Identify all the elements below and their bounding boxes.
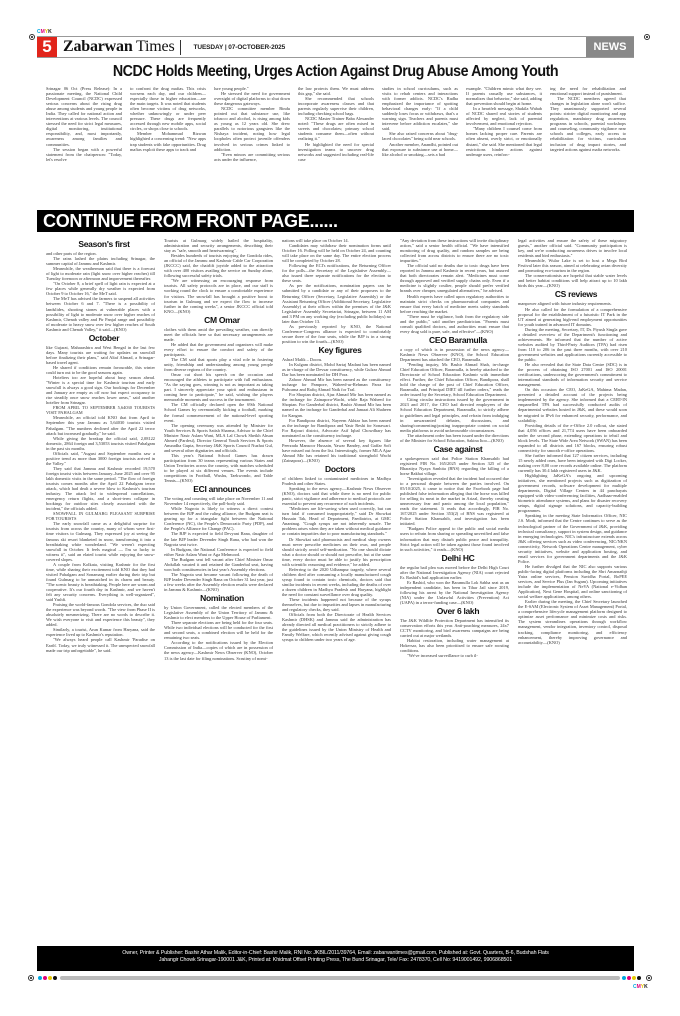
cyan-swatch [38, 976, 42, 980]
yellow-swatch [632, 976, 636, 980]
paragraph: They said that Jammu and Kashmir recorde… [46, 466, 155, 511]
story-subheading: CS reviews [518, 289, 627, 300]
paragraph: Speaking to the news agency—Kashmir News… [282, 486, 391, 506]
lead-column-3: lure young people."He stressed the need … [214, 86, 290, 206]
paragraph: The Nagrota seat became vacant following… [164, 572, 273, 592]
yellow-swatch [48, 976, 52, 980]
registration-mark-bottom-left [28, 975, 34, 981]
lead-column-6: example. "Children mimic what they see. … [466, 86, 542, 206]
paragraph: A couple from Kolkata, visiting Kashmir … [46, 562, 155, 602]
cyan-swatch [622, 976, 626, 980]
paragraph: "Many children I counsel come from homes… [466, 126, 542, 156]
paragraph: She also raised concerns about "drug-lac… [382, 131, 458, 141]
lead-column-1: Srinagar 06 Oct (Press Release): In a pa… [46, 86, 122, 206]
paragraph: Following the ECI's notifications, the R… [282, 263, 391, 283]
lead-column-2: to confront the drug mafias. This crisis… [130, 86, 206, 206]
paragraph: The attachment order has been issued und… [400, 433, 509, 443]
story-subheading: Doctors [282, 464, 391, 475]
page-number: 5 [37, 37, 57, 57]
paragraph: Speaking in the meeting State Informatic… [518, 513, 627, 563]
paragraph: As previously reported by KNO, the Natio… [282, 324, 391, 344]
magenta-swatch [43, 976, 47, 980]
paragraph: Besides hundreds of tourists enjoying th… [164, 253, 273, 278]
paragraph: SNOWFALL IN GULMARG PLEASANT SURPRISE FO… [46, 511, 155, 521]
paragraph: The MeT has advised the farmers to suspe… [46, 296, 155, 331]
paragraph: The conservationists are hopeful that st… [518, 273, 627, 288]
cmyk-label-top: CMYK [37, 29, 52, 35]
paragraph: Providing details of the e-Office 2.0 ro… [518, 423, 627, 453]
paragraph: Meanwhile, the weatherman said that ther… [46, 266, 155, 281]
paragraph: Three separate elections are being held … [164, 620, 273, 640]
paragraph: Citing circular instructions issued by t… [400, 397, 509, 432]
paragraph: For Shopian district, Ajaz Ahmad Mir has… [282, 392, 391, 417]
paragraph: Referring to the 2020 Udhampur tragedy, … [282, 567, 391, 597]
continued-stories: Season's firstand other parts of the reg… [46, 238, 634, 940]
paragraph: Health experts have called upon regulato… [400, 294, 509, 314]
paragraph: For Bandipora district, Nayeem Akhtar ha… [282, 418, 391, 438]
paragraph: The BJP is expected to field Devyani Ran… [164, 531, 273, 546]
paragraph: He highlighted the need for special inve… [298, 142, 374, 162]
magenta-swatch [627, 976, 631, 980]
paragraph: The voting and counting will take place … [164, 496, 273, 506]
paragraph: The Budgam seat fell vacant after Chief … [164, 557, 273, 572]
masthead-divider [180, 40, 181, 55]
paragraph: As per the notifications, nomination pap… [282, 283, 391, 323]
paragraph: NCDC Master Trainer Baba Alexander noted… [298, 116, 374, 141]
lead-column-7: ing the need for rehabilitation and emot… [550, 86, 626, 206]
paragraph: the law protects them. We must address t… [298, 86, 374, 96]
paragraph: "Budgam Police appeal to the public and … [400, 526, 509, 551]
paragraph: "Any deviation from these instructions w… [400, 238, 509, 263]
paragraph: In a heartfelt message, Shakila Wahab of… [466, 106, 542, 126]
registration-mark-bottom-right [646, 975, 652, 981]
paragraph: In Kulgam district, Mohd Sartaj Madani h… [282, 362, 391, 377]
paragraph: NCDC committee member Bindu pointed out … [214, 106, 290, 151]
paragraph: "We are witnessing an encouraging respon… [164, 278, 273, 313]
paragraph: The J&K Wildlife Protection Department h… [400, 618, 509, 638]
paragraph: The opening ceremony was attended by Min… [164, 423, 273, 453]
paragraph: He shared if conditions remain favourabl… [46, 365, 155, 375]
paragraph: He further divulged that the NIC also su… [518, 564, 627, 599]
registration-mark-top-right [644, 34, 650, 40]
section-tag: NEWS [586, 37, 634, 57]
paragraph: In Budgam, the National Conference is ex… [164, 547, 273, 557]
paragraph: Tourists at Gulmarg widely hailed the ho… [164, 238, 273, 253]
paragraph: Highlighting JaKeGA's ongoing and upcomi… [518, 473, 627, 513]
paragraph: Officials said, "August and September mo… [46, 451, 155, 466]
paragraph: a copy of which is in possession of the … [400, 347, 509, 362]
paragraph: Meanwhile, Wular Lake is set to host a M… [518, 258, 627, 273]
black-swatch [637, 976, 641, 980]
paragraph: studies in school curriculums, such as v… [382, 86, 458, 131]
paragraph: "Medicines are life-saving when used cor… [282, 506, 391, 536]
paragraph: Srinagar 06 Oct (Press Release): In a pa… [46, 86, 122, 147]
paragraph: Meanwhile, an official told KNO that fro… [46, 415, 155, 435]
paragraph: clothes with them amid the prevailing we… [164, 327, 273, 342]
continued-column-4: "Any deviation from these instructions w… [400, 238, 509, 940]
paragraph: Er Rashid, who won the Baramulla Lok Sab… [400, 580, 509, 605]
paragraph: a spokesperson said that Police Station … [400, 456, 509, 476]
paragraph: Member Mohammad Rizwan highlighted a con… [130, 131, 206, 151]
paragraph: These incidents happened not because of … [282, 597, 391, 612]
paragraph: to confront the drug mafias. This crisis… [130, 86, 206, 131]
paragraph: This year's National School Games has dr… [164, 453, 273, 483]
paragraph: "On October 8, a brief spell of light ra… [46, 281, 155, 296]
paragraph: "There must be vigilance, both from the … [400, 314, 509, 334]
paragraph: "Even minors are committing serious acts… [214, 152, 290, 162]
paragraph: "Pending inquiry, Mr. Bashir Ahmad Shah,… [400, 362, 509, 397]
paragraph: legal activities and ensure the safety o… [518, 238, 627, 258]
paragraph: During the meeting, Secretary, IT, Dr. P… [518, 327, 627, 362]
paragraph: like Gujarat, Maharashtra and West Benga… [46, 345, 155, 365]
color-calibration-strip [28, 975, 652, 981]
paragraph: of children linked to contaminated medic… [282, 476, 391, 486]
issue-date: TUESDAY | 07-OCTOBER-2025 [193, 44, 285, 51]
imprint-footer: Owner, Printer & Publisher: Bashir Athar… [37, 946, 634, 971]
paragraph: Praising the world-famous Gondola servic… [46, 602, 155, 627]
story-subheading: October [46, 333, 155, 344]
paragraph: The CM said that sports play a vital rol… [164, 357, 273, 372]
paragraph: "Investigation revealed that the inciden… [400, 476, 509, 526]
paragraph: Candidates may withdraw their nomination… [282, 243, 391, 263]
lead-headline: NCDC Holds Meeting, Urges Action Against… [61, 63, 610, 81]
story-subheading: Delhi HC [400, 553, 509, 564]
paragraph: The session began with a powerful statem… [46, 147, 122, 162]
continued-column-3: nations will take place on October 14.Ca… [282, 238, 391, 940]
story-subheading: CEO Baramulla [400, 335, 509, 346]
gray-bar [60, 976, 620, 980]
paragraph: While Nagrota is likely to witness a dir… [164, 506, 273, 531]
paragraph: She recommended that schools incorporate… [298, 96, 374, 116]
paragraph: manpower aligned with future industry re… [518, 301, 627, 306]
paragraph: by Union Government, called the elected … [164, 605, 273, 620]
story-subheading: CM Omar [164, 315, 273, 326]
continue-from-front-page-banner: CONTINUE FROM FRONT PAGE...... [37, 210, 634, 232]
paragraph: Dr Showkat said pharmacists and medical … [282, 537, 391, 567]
paragraph: He added that the government and organis… [164, 342, 273, 357]
paragraph: Habitat restoration, including water man… [400, 638, 509, 653]
cmyk-label-bottom: CMYK [633, 984, 648, 990]
story-subheading: Season's first [46, 239, 155, 250]
newspaper-name: Zabarwan Times [63, 38, 174, 56]
paragraph: The official said no deaths due to toxic… [400, 263, 509, 293]
paragraph: The NCDC members agreed that changes in … [550, 96, 626, 152]
registration-mark-top-left [29, 34, 35, 40]
story-subheading: Nomination [164, 593, 273, 604]
continued-column-2: Tourists at Gulmarg widely hailed the ho… [164, 238, 273, 940]
continued-column-1: Season's firstand other parts of the reg… [46, 238, 155, 940]
paragraph: ing the need for rehabilitation and emot… [550, 86, 626, 96]
paragraph: Officials from both the Directorate of H… [282, 612, 391, 642]
paragraph: "We always heard people call Kashmir 'Pa… [46, 637, 155, 652]
paragraph: Zahoor Ahmad Mir has been named as the c… [282, 377, 391, 392]
imprint-line-2: Jahangir Chowk Srinagar-190001 J&K, Prin… [37, 957, 634, 964]
lead-column-5: studies in school curriculums, such as v… [382, 86, 458, 206]
paragraph: The early snowfall came as a delightful … [46, 521, 155, 561]
masthead: 5 Zabarwan Times TUESDAY | 07-OCTOBER-20… [37, 36, 634, 58]
imprint-line-1: Owner, Printer & Publisher: Bashir Athar… [37, 950, 634, 957]
paragraph: Similarly, a tourist, Arun Kumar from Ha… [46, 627, 155, 637]
story-subheading: Over 6 lakh [400, 606, 509, 617]
story-subheading: Key figures [282, 345, 391, 356]
lead-story-body: Srinagar 06 Oct (Press Release): In a pa… [46, 86, 634, 206]
paragraph: The rains lashed the plains including Sr… [46, 256, 155, 266]
continued-column-5: legal activities and ensure the safety o… [518, 238, 627, 940]
paragraph: Earlier during the meeting, the Chief Se… [518, 599, 627, 644]
paragraph: According to the notifications issued by… [164, 640, 273, 660]
paragraph: FROM APRIL TO SEPTEMBER 5,64030 TOURISTS… [46, 405, 155, 415]
story-subheading: ECI announces [164, 484, 273, 495]
paragraph: Hoteliers too are hopeful about busy sea… [46, 375, 155, 405]
paragraph: the regular bail plea was moved before t… [400, 565, 509, 580]
paragraph: The CM officially declared open the 69th… [164, 402, 273, 422]
paragraph: Another member, Anandhi, pointed out tha… [382, 142, 458, 157]
paragraph: Omar cut short his speech on the occasio… [164, 372, 273, 402]
paragraph: "We've increased surveillance to curb il… [400, 653, 509, 658]
black-swatch [53, 976, 57, 980]
paragraph: example. "Children mimic what they see. … [466, 86, 542, 106]
story-subheading: Case against [400, 444, 509, 455]
lead-column-4: the law protects them. We must address t… [298, 86, 374, 206]
paragraph: He also called for the formulation of a … [518, 307, 627, 327]
paragraph: She further informed that 127 citizen se… [518, 453, 627, 473]
paragraph: He also revealed that the State Data Cen… [518, 362, 627, 387]
paragraph: While giving the breakup the official sa… [46, 436, 155, 451]
paragraph: However, the absence of several key figu… [282, 438, 391, 463]
paragraph: He stressed the need for government over… [214, 91, 290, 106]
paragraph: On this occasion the CEO, JaKeGA, Mahima… [518, 387, 627, 422]
